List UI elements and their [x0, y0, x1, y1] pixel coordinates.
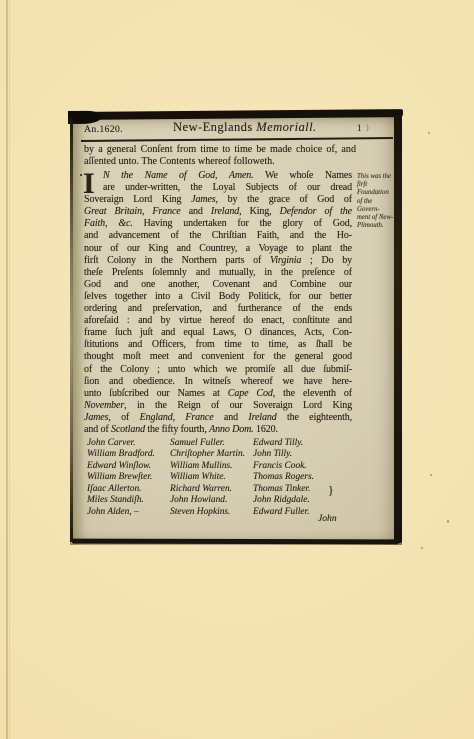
compact-text-line: firſt Colony in the Northern parts of Vi…	[84, 255, 352, 267]
running-title: New-Englands Memoriall.	[173, 120, 317, 135]
compact-text: N the Name of God, Amen. We whoſe Namesa…	[84, 170, 352, 436]
signer-name: William White.	[170, 472, 253, 483]
signer-name: Samuel Fuller.	[170, 438, 253, 449]
compact-text-line: theſe Preſents ſolemnly and mutually, in…	[84, 267, 352, 279]
compact-text-line: Great Britain, France and Ireland, King,…	[84, 206, 352, 218]
book-gutter-line-faint	[9, 0, 10, 739]
signer-name: William Brewſter.	[87, 472, 170, 483]
margin-note: This was thefirſt Foundationof the Gover…	[357, 173, 394, 230]
compact-text-line: ſion and obedience. In witneſs whereof w…	[84, 376, 352, 388]
signer-name: Thomas Tinker.	[253, 484, 377, 495]
signers-row: Edward Winſlow. William Mullins. Francis…	[87, 461, 377, 472]
compact-text-line: and advancement of the Chriſtian Faith, …	[84, 230, 352, 242]
margin-note-line: This was the	[357, 173, 394, 181]
signer-name: John Carver.	[87, 438, 170, 449]
compact-text-line: ſtitutions and Officers, from time to ti…	[84, 339, 352, 351]
page-number: 1	[357, 123, 362, 133]
compact-text-line: November, in the Reign of our Soveraign …	[84, 400, 352, 412]
scan-right-border	[394, 115, 402, 543]
page-number-mark: )	[366, 123, 369, 132]
signer-name: Iſaac Allerton.	[87, 484, 170, 495]
signers-row: John Carver. Samuel Fuller. Edward Tilly…	[87, 438, 377, 449]
signer-name: Edward Fuller.	[253, 507, 377, 518]
signer-name: William Mullins.	[170, 461, 253, 472]
paper-speck	[428, 132, 430, 134]
signer-name: Richard Warren.	[170, 484, 253, 495]
compact-text-line: thought moſt meet and convenient for the…	[84, 351, 352, 363]
compact-text-line: aforeſaid : and by virtue hereof do enac…	[84, 315, 352, 327]
intro-paragraph: by a general Conſent from time to time b…	[84, 144, 356, 167]
signer-name: Miles Standiſh.	[87, 495, 170, 506]
margin-note-line: of the Govern-	[357, 198, 394, 214]
signer-name: Francis Cook.	[253, 461, 377, 472]
compact-text-line: Faith, &c. Having undertaken for the glo…	[84, 218, 352, 230]
compact-text-line: are under-written, the Loyal Subjects of…	[84, 182, 352, 194]
scan-top-border	[69, 109, 403, 120]
book-photo-page: { "page": { "header": { "year_label": "A…	[0, 0, 474, 739]
book-gutter-line	[6, 0, 8, 739]
signer-name: John Howland.	[170, 495, 253, 506]
scan-bottom-border	[72, 539, 399, 545]
ink-speck	[80, 174, 82, 176]
paper-speck	[430, 474, 432, 476]
header-rule	[81, 137, 393, 142]
year-label: An.1620.	[84, 124, 123, 135]
compact-text-line: N the Name of God, Amen. We whoſe Names	[84, 170, 352, 182]
names-bracket: }	[328, 483, 334, 498]
signers-list: John Carver. Samuel Fuller. Edward Tilly…	[87, 438, 377, 518]
compact-text-line: ordering and preſervation, and furtheran…	[84, 303, 352, 315]
signer-name: Thomas Rogers.	[253, 472, 377, 483]
margin-note-line: ment of New-	[357, 214, 394, 222]
signer-name: Steven Hopkins.	[170, 507, 253, 518]
compact-text-line: and of Scotland the fifty fourth, Anno D…	[84, 424, 352, 436]
compact-text-line: unto ſubſcribed our Names at Cape Cod, t…	[84, 388, 352, 400]
intro-line: by a general Conſent from time to time b…	[84, 144, 356, 156]
paper-speck	[421, 547, 423, 549]
compact-text-line: nour of our King and Countrey, a Voyage …	[84, 243, 352, 255]
signer-name: Chriſtopher Martin.	[170, 449, 253, 460]
compact-text-line: God and one another, Covenant and Combin…	[84, 279, 352, 291]
scan-left-border	[70, 118, 73, 542]
signers-row: William Bradford. Chriſtopher Martin. Jo…	[87, 449, 377, 460]
signer-name: John Alden, –	[87, 507, 170, 518]
signer-name: Edward Winſlow.	[87, 461, 170, 472]
signer-name: John Tilly.	[253, 449, 377, 460]
intro-line: aſſented unto. The Contents whereof foll…	[84, 156, 356, 168]
signer-name: Edward Tilly.	[253, 438, 377, 449]
paper-speck	[447, 520, 449, 523]
signer-name: William Bradford.	[87, 449, 170, 460]
compact-text-line: James, of England, France and Ireland th…	[84, 412, 352, 424]
compact-text-line: of the Colony ; unto which we promiſe al…	[84, 364, 352, 376]
margin-note-line: firſt Foundation	[357, 181, 394, 197]
compact-text-line: Soveraign Lord King James, by the grace …	[84, 194, 352, 206]
catchword: John	[318, 513, 337, 524]
compact-text-line: frame ſuch juſt and equal Laws, O dinanc…	[84, 327, 352, 339]
signer-name: John Ridgdale.	[253, 495, 377, 506]
scanned-page: An.1620. New-Englands Memoriall. 1 ) by …	[70, 114, 402, 545]
margin-note-line: Plimouth.	[357, 222, 394, 230]
compact-text-line: ſelves together into a Civil Body Politi…	[84, 291, 352, 303]
